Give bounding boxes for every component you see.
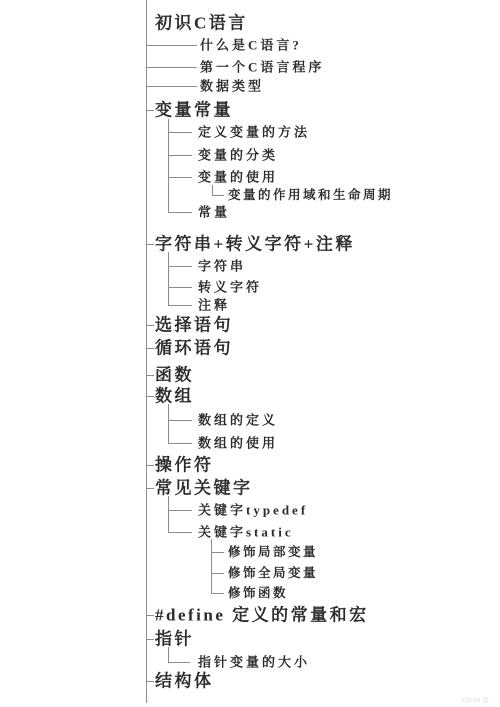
mindmap-canvas: 初识C语言 什么是C语言? 第一个C语言程序 数据类型 变量常量 定义变量的方法… <box>0 0 500 707</box>
node-array-definition: 数组的定义 <box>198 414 278 427</box>
node-string: 字符串 <box>198 260 246 273</box>
node-variable-usage: 变量的使用 <box>198 171 278 184</box>
node-modify-local-var: 修饰局部变量 <box>228 546 318 559</box>
node-variables-constants: 变量常量 <box>155 102 233 119</box>
connector-line <box>168 252 169 305</box>
node-define-variable-method: 定义变量的方法 <box>198 126 310 139</box>
connector-line <box>168 404 169 443</box>
connector-dash <box>146 348 154 349</box>
connector-dash <box>146 639 154 640</box>
connector-dash <box>146 681 154 682</box>
connector-dash <box>146 244 154 245</box>
node-variable-classification: 变量的分类 <box>198 149 278 162</box>
node-array-usage: 数组的使用 <box>198 437 278 450</box>
connector-dash <box>146 110 154 111</box>
node-modify-global-var: 修饰全局变量 <box>228 567 318 580</box>
connector-line <box>168 443 192 444</box>
connector-line <box>211 593 224 594</box>
connector-dash <box>146 325 154 326</box>
node-what-is-c: 什么是C语言? <box>200 39 302 52</box>
node-comment: 注释 <box>198 299 230 312</box>
node-keyword-typedef: 关键字typedef <box>198 504 308 517</box>
connector-line <box>168 266 192 267</box>
node-operators: 操作符 <box>155 457 214 474</box>
node-escape-char: 转义字符 <box>198 281 262 294</box>
connector-dash <box>146 488 154 489</box>
node-loop-statement: 循环语句 <box>155 340 233 357</box>
node-function: 函数 <box>155 367 194 384</box>
connector-line <box>168 662 190 663</box>
connector-line <box>168 287 192 288</box>
connector-dash <box>146 615 154 616</box>
node-select-statement: 选择语句 <box>155 317 233 334</box>
connector-line <box>168 177 192 178</box>
connector-line <box>168 132 192 133</box>
node-variable-scope-lifecycle: 变量的作用域和生命周期 <box>228 189 393 202</box>
csdn-watermark: CSDN @... <box>462 698 496 704</box>
connector-dash <box>146 375 154 376</box>
connector-line <box>211 539 212 593</box>
node-data-types: 数据类型 <box>200 80 264 93</box>
tree-trunk-line <box>146 0 147 703</box>
node-common-keywords: 常见关键字 <box>155 480 253 497</box>
node-pointer-size: 指针变量的大小 <box>198 656 310 669</box>
node-struct: 结构体 <box>155 673 214 690</box>
connector-line <box>168 155 192 156</box>
connector-line <box>146 67 197 68</box>
node-string-escape-comment: 字符串+转义字符+注释 <box>155 236 355 253</box>
connector-line <box>146 86 197 87</box>
connector-line <box>168 647 169 662</box>
node-array: 数组 <box>155 388 194 405</box>
node-constant: 常量 <box>198 206 230 219</box>
connector-line <box>212 195 224 196</box>
connector-line <box>168 496 169 532</box>
connector-line <box>168 420 192 421</box>
connector-line <box>168 532 192 533</box>
connector-line <box>168 305 192 306</box>
connector-line <box>168 212 192 213</box>
node-modify-function: 修饰函数 <box>228 587 288 600</box>
connector-line <box>211 552 224 553</box>
connector-line <box>168 510 192 511</box>
node-keyword-static: 关键字static <box>198 526 294 539</box>
connector-dash <box>146 396 154 397</box>
node-intro-c: 初识C语言 <box>155 15 248 32</box>
connector-line <box>146 45 197 46</box>
connector-line <box>211 573 224 574</box>
node-first-c-program: 第一个C语言程序 <box>200 61 324 74</box>
node-pointer: 指针 <box>155 631 194 648</box>
connector-dash <box>146 465 154 466</box>
node-define-macro: #define 定义的常量和宏 <box>155 607 369 624</box>
connector-line <box>212 185 213 195</box>
